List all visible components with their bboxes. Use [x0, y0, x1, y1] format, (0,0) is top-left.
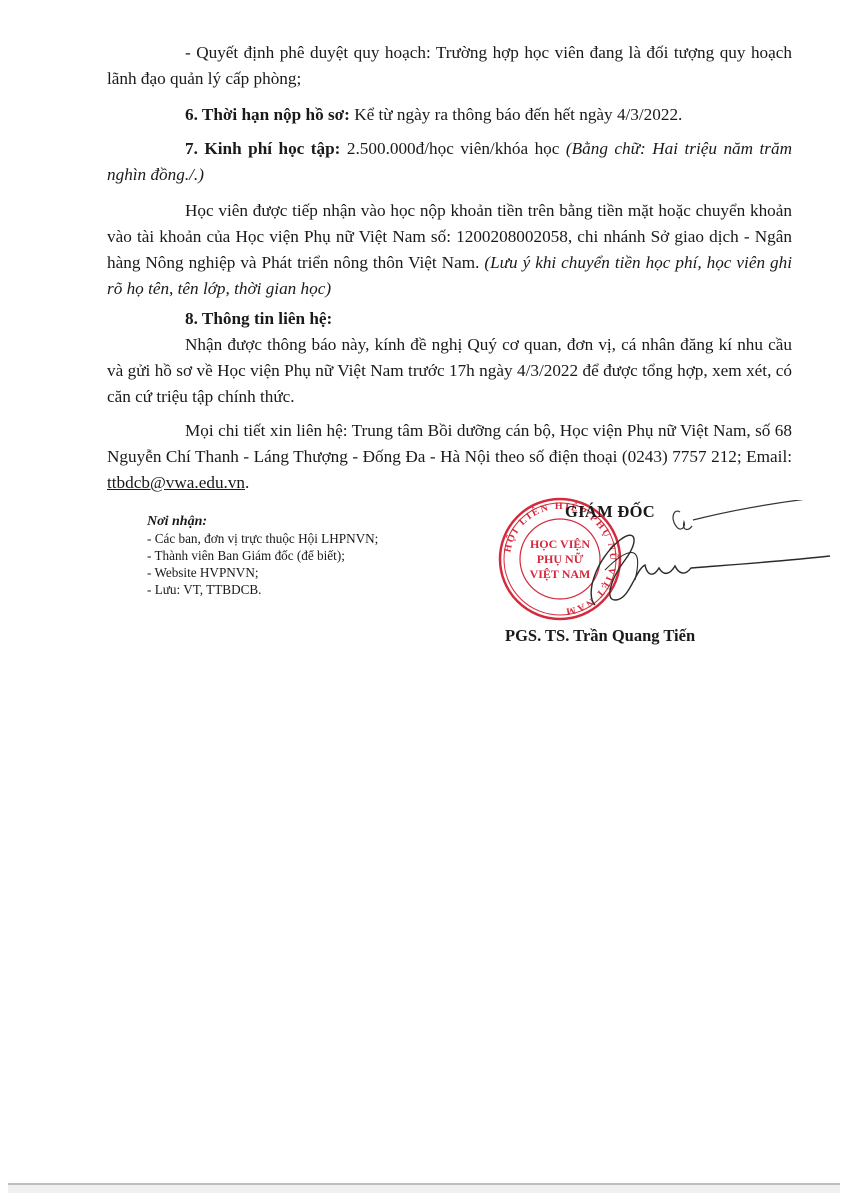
payment-paragraph: Học viên được tiếp nhận vào học nộp khoả…: [107, 198, 792, 302]
section-8-para1: Nhận được thông báo này, kính đề nghị Qu…: [107, 332, 792, 410]
contact-end: .: [245, 473, 249, 492]
section-7: 7. Kinh phí học tập: 2.500.000đ/học viên…: [107, 136, 792, 188]
para-quyet-dinh: - Quyết định phê duyệt quy hoạch: Trường…: [107, 40, 792, 92]
document-body: - Quyết định phê duyệt quy hoạch: Trường…: [107, 40, 792, 496]
signature-block: HỘI LIÊN HIỆP PHỤ NỮ VIỆT NAM HỌC VIỆN P…: [495, 490, 835, 660]
document-page: - Quyết định phê duyệt quy hoạch: Trường…: [0, 0, 848, 1200]
recipients-title: Nơi nhận:: [147, 513, 378, 530]
recipient-item: - Website HVPNVN;: [147, 564, 378, 581]
handwritten-signature-icon: [575, 500, 835, 620]
section-7-text: 2.500.000đ/học viên/khóa học: [340, 139, 566, 158]
page-bottom-shade: [8, 1185, 840, 1193]
para-lead: - Quyết định phê duyệt quy hoạch:: [185, 43, 436, 62]
section-8-para2: Mọi chi tiết xin liên hệ: Trung tâm Bồi …: [107, 418, 792, 496]
section-6: 6. Thời hạn nộp hồ sơ: Kể từ ngày ra thô…: [107, 102, 792, 128]
contact-text: Mọi chi tiết xin liên hệ: Trung tâm Bồi …: [107, 421, 792, 466]
recipient-item: - Thành viên Ban Giám đốc (để biết);: [147, 547, 378, 564]
recipients-block: Nơi nhận: - Các ban, đơn vị trực thuộc H…: [147, 513, 378, 598]
signer-name: PGS. TS. Trần Quang Tiến: [505, 626, 695, 646]
section-6-heading: 6. Thời hạn nộp hồ sơ:: [185, 105, 350, 124]
section-6-text: Kể từ ngày ra thông báo đến hết ngày 4/3…: [350, 105, 682, 124]
section-8-heading: 8. Thông tin liên hệ:: [107, 306, 792, 332]
section-7-heading: 7. Kinh phí học tập:: [185, 139, 340, 158]
recipient-item: - Các ban, đơn vị trực thuộc Hội LHPNVN;: [147, 530, 378, 547]
recipient-item: - Lưu: VT, TTBDCB.: [147, 581, 378, 598]
email-link[interactable]: ttbdcb@vwa.edu.vn: [107, 473, 245, 492]
